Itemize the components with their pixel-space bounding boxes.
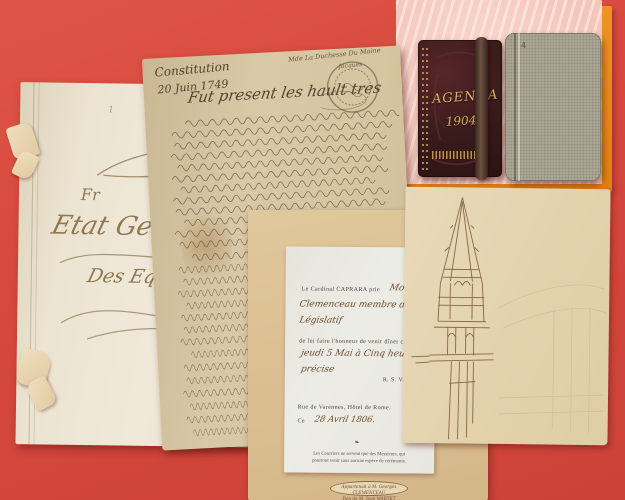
provenance-label-line2: Don de M. Jean MARTET <box>331 496 407 500</box>
gray-notebook: 4 <box>505 33 601 181</box>
parchment-corner-mark: 1 <box>108 105 114 115</box>
provenance-label-line1: Appartenait à M. Georges CLEMENCEAU <box>331 484 407 496</box>
manuscript-heading-line1: Constitution <box>154 59 230 79</box>
gray-notebook-spine <box>514 33 516 181</box>
invitation-hand-datetime: jeudi 5 Mai à Cinq heures <box>300 348 420 359</box>
invitation-hand-precise: précise <box>300 364 335 374</box>
parchment-calligraphy-line1: Etat Ge <box>49 211 157 242</box>
invitation-ornament: ❧ <box>354 439 359 446</box>
church-spire-drawing <box>402 187 610 445</box>
gray-notebook-groove <box>518 33 520 181</box>
invitation-address: Rue de Varennes, Hôtel de Rome. <box>298 404 391 411</box>
provenance-label: Appartenait à M. Georges CLEMENCEAU Don … <box>330 481 408 496</box>
invitation-printed-line1: Le Cardinal CAPRARA prie <box>302 286 380 293</box>
invitation-footnote-line2: pourront venir sans aucune espèce de cér… <box>289 458 429 466</box>
agenda-elastic-strap <box>475 37 488 180</box>
invitation-date-hand: 28 Avril 1806. <box>314 415 377 426</box>
gray-notebook-mark: 4 <box>521 41 526 50</box>
sketch-sheet <box>402 187 610 445</box>
invitation-date-printed: Ce <box>297 418 305 424</box>
agenda-notebook: AGENDA 1904 <box>418 40 502 177</box>
parchment-monogram: Fr <box>81 185 100 204</box>
photo-scene: AGENDA 1904 4 1 Fr Etat Ge Des Equi <box>0 0 625 500</box>
invitation-footnote: Les Courriers ne servent que des Messieu… <box>289 450 429 466</box>
invitation-hand-legislatif: Législatif <box>298 315 342 325</box>
